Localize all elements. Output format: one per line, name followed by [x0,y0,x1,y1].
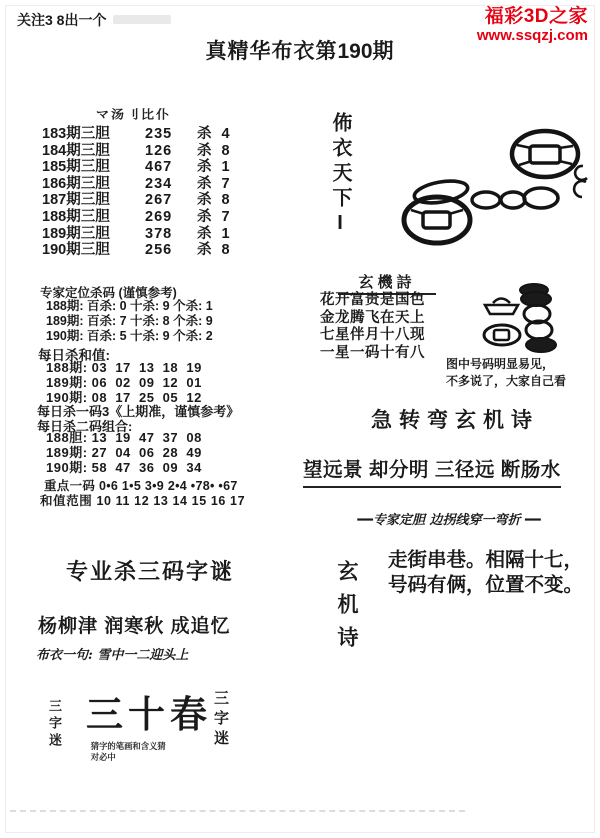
history-row: 190期三胆256杀 8 [42,242,233,259]
position-kill-rows: 188期: 百杀: 0 十杀: 9 个杀: 1 189期: 百杀: 7 十杀: … [46,299,213,343]
riddle-buyi-sentence: 布衣一句: 雪中一二迎头上 [36,644,188,663]
history-row: 186期三胆234杀 7 [42,176,233,193]
riddle-small-note-line: 猜字的笔画和含义猜 [91,741,166,752]
history-dan: 467 [145,159,197,176]
riddle-title: 专业杀三码字谜 [30,555,270,586]
history-kill: 杀 1 [197,159,233,176]
xuanji-vertical-title: 玄机诗 [331,560,361,659]
history-row: 189期三胆378杀 1 [42,226,233,243]
riddle-side-label-left: 三字迷 [45,699,64,750]
sharp-turn-title: 急转弯玄机诗 [330,404,580,434]
page-title: 真精华布衣第190期 [0,35,600,65]
poem-caption: 图中号码明显易见， 不多说了，大家自己看 [446,356,566,390]
history-dan: 378 [145,226,197,243]
history-row: 188期三胆269杀 7 [42,209,233,226]
daily-kill-two-row: 188胆: 13 19 47 37 08 [46,431,202,446]
riddle-small-note-line: 对必中 [91,752,166,763]
history-row: 185期三胆467杀 1 [42,159,233,176]
poem-line: 金龙腾飞在天上 [320,310,425,328]
daily-kill-sum-rows: 188期: 03 17 13 18 19 189期: 06 02 09 12 0… [46,360,202,405]
sharp-turn-note: ━━专家定胆 边拐线穿一弯折 ━━ [316,509,582,528]
scanned-lottery-sheet: 关注3 8出一个 福彩3D之家 www.ssqzj.com 真精华布衣第190期… [0,0,600,838]
poem-line: 花开富贵是国色 [320,292,425,310]
daily-kill-sum-row: 189期: 06 02 09 12 01 [46,375,202,390]
coin-stack-illustration [477,283,561,355]
history-kill: 杀 8 [197,143,233,160]
history-dan: 256 [145,242,197,259]
riddle-side-label-right: 三字迷 [210,690,231,750]
xuanji-line: 走街串巷。相隔十七， [388,548,583,573]
history-period: 188期三胆 [42,209,145,226]
dash-left: ━━ [357,513,373,528]
history-dan: 234 [145,176,197,193]
ink-smudge [113,15,171,24]
history-period: 187期三胆 [42,192,145,209]
riddle-names: 杨柳津 润寒秋 成追忆 [38,611,231,638]
history-period: 184期三胆 [42,143,145,160]
history-kill: 杀 1 [197,226,233,243]
title-suffix: 期 [373,40,395,63]
brand-name: 福彩3D之家 [477,7,588,28]
top-left-note: 关注3 8出一个 [17,10,106,30]
history-period: 186期三胆 [42,176,145,193]
position-kill-row: 188期: 百杀: 0 十杀: 9 个杀: 1 [46,299,213,314]
history-kill: 杀 7 [197,176,233,193]
history-row: 183期三胆235杀 4 [42,126,233,143]
bottom-scan-line [10,810,465,812]
buyi-vertical-title: 佈衣天下I [326,112,355,239]
daily-kill-sum-row: 188期: 03 17 13 18 19 [46,360,202,375]
title-prefix: 真精华布衣第 [205,40,337,63]
history-list: 183期三胆235杀 4 184期三胆126杀 8 185期三胆467杀 1 1… [42,126,233,259]
riddle-answer: 三十春 [86,684,212,738]
history-dan: 235 [145,126,197,143]
history-row: 184期三胆126杀 8 [42,143,233,160]
history-period: 189期三胆 [42,226,145,243]
position-kill-row: 190期: 百杀: 5 十杀: 9 个杀: 2 [46,329,213,344]
riddle-small-note: 猜字的笔画和含义猜 对必中 [91,741,166,763]
history-period: 183期三胆 [42,126,145,143]
daily-kill-two-rows: 188胆: 13 19 47 37 08 189期: 27 04 06 28 4… [46,431,202,475]
poem-caption-line: 不多说了，大家自己看 [446,373,566,390]
history-header-glyphs: マ汤刂比仆 [96,105,171,122]
history-kill: 杀 7 [197,209,233,226]
sharp-turn-line: 望远景 却分明 三径远 断肠水 [303,454,561,488]
history-dan: 269 [145,209,197,226]
history-row: 187期三胆267杀 8 [42,192,233,209]
history-dan: 267 [145,192,197,209]
sum-range-line: 和值范围 10 11 12 13 14 15 16 17 [40,491,245,509]
history-dan: 126 [145,143,197,160]
history-kill: 杀 8 [197,242,233,259]
poem-line: 七星伴月十八现 [320,327,425,345]
history-kill: 杀 8 [197,192,233,209]
mystery-poem-lines: 花开富贵是国色 金龙腾飞在天上 七星伴月十八现 一星一码十有八 [320,292,425,362]
history-kill: 杀 4 [197,126,233,143]
xuanji-line: 号码有俩，位置不变。 [388,573,583,598]
daily-kill-two-row: 190期: 58 47 36 09 34 [46,461,202,476]
poem-caption-line: 图中号码明显易见， [446,356,566,373]
dash-right: ━━ [525,513,541,528]
sharp-turn-note-text: 专家定胆 边拐线穿一弯折 [373,513,521,528]
xuanji-lines: 走街串巷。相隔十七， 号码有俩，位置不变。 [388,548,583,598]
title-issue-number: 190 [337,40,372,63]
history-period: 190期三胆 [42,242,145,259]
daily-kill-two-row: 189期: 27 04 06 28 49 [46,446,202,461]
position-kill-row: 189期: 百杀: 7 十杀: 8 个杀: 9 [46,314,213,329]
history-period: 185期三胆 [42,159,145,176]
poem-line: 一星一码十有八 [320,345,425,363]
coins-illustration [393,120,598,248]
